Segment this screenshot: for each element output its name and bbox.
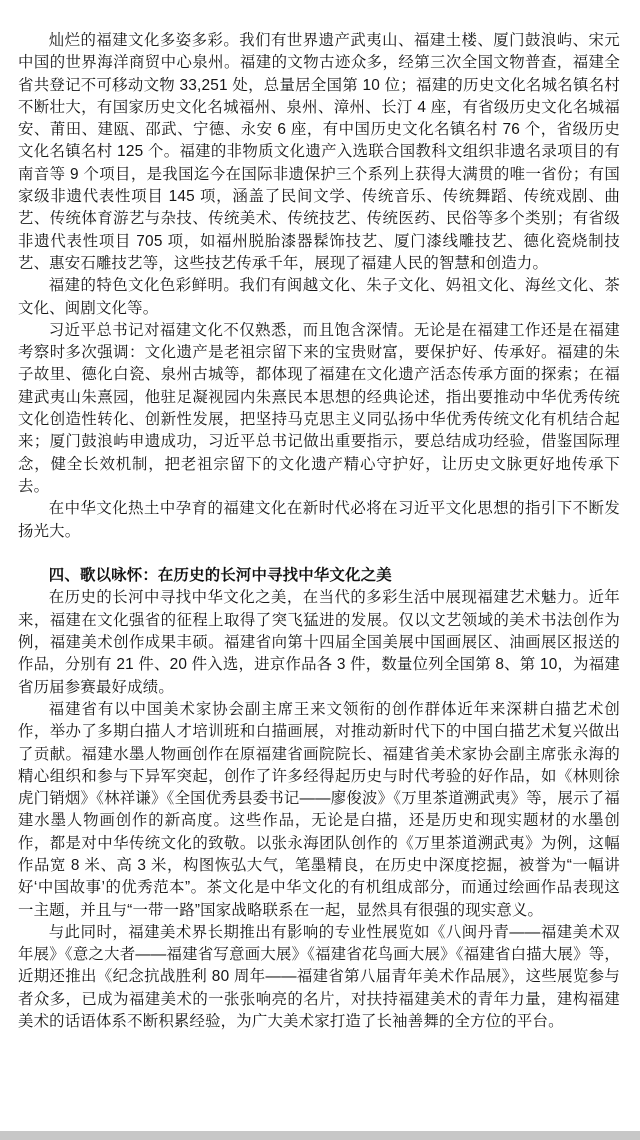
document-page: 灿烂的福建文化多姿多彩。我们有世界遗产武夷山、福建土楼、厦门鼓浪屿、宋元中国的世…	[0, 0, 640, 1140]
paragraph-characteristic-cultures: 福建的特色文化色彩鲜明。我们有闽越文化、朱子文化、妈祖文化、海丝文化、茶文化、闽…	[18, 275, 620, 320]
paragraph-new-era-outlook: 在中华文化热土中孕育的福建文化在新时代必将在习近平文化思想的指引下不断发扬光大。	[18, 498, 620, 543]
document-text-body: 灿烂的福建文化多姿多彩。我们有世界遗产武夷山、福建土楼、厦门鼓浪屿、宋元中国的世…	[18, 30, 620, 1033]
paragraph-heritage-remarks: 习近平总书记对福建文化不仅熟悉，而且饱含深情。无论是在福建工作还是在福建考察时多…	[18, 320, 620, 498]
paragraph-fujian-culture-overview: 灿烂的福建文化多姿多彩。我们有世界遗产武夷山、福建土楼、厦门鼓浪屿、宋元中国的世…	[18, 30, 620, 275]
paragraph-art-exhibitions: 与此同时，福建美术界长期推出有影响的专业性展览如《八闽丹青——福建美术双年展》《…	[18, 922, 620, 1033]
paragraph-ink-painting-creation: 福建省有以中国美术家协会副主席王来文领衔的创作群体近年来深耕白描艺术创作，举办了…	[18, 699, 620, 922]
paragraph-art-achievements: 在历史的长河中寻找中华文化之美，在当代的多彩生活中展现福建艺术魅力。近年来，福建…	[18, 587, 620, 698]
page-bottom-edge	[0, 1131, 640, 1140]
section-heading-four: 四、歌以咏怀：在历史的长河中寻找中华文化之美	[18, 565, 620, 587]
